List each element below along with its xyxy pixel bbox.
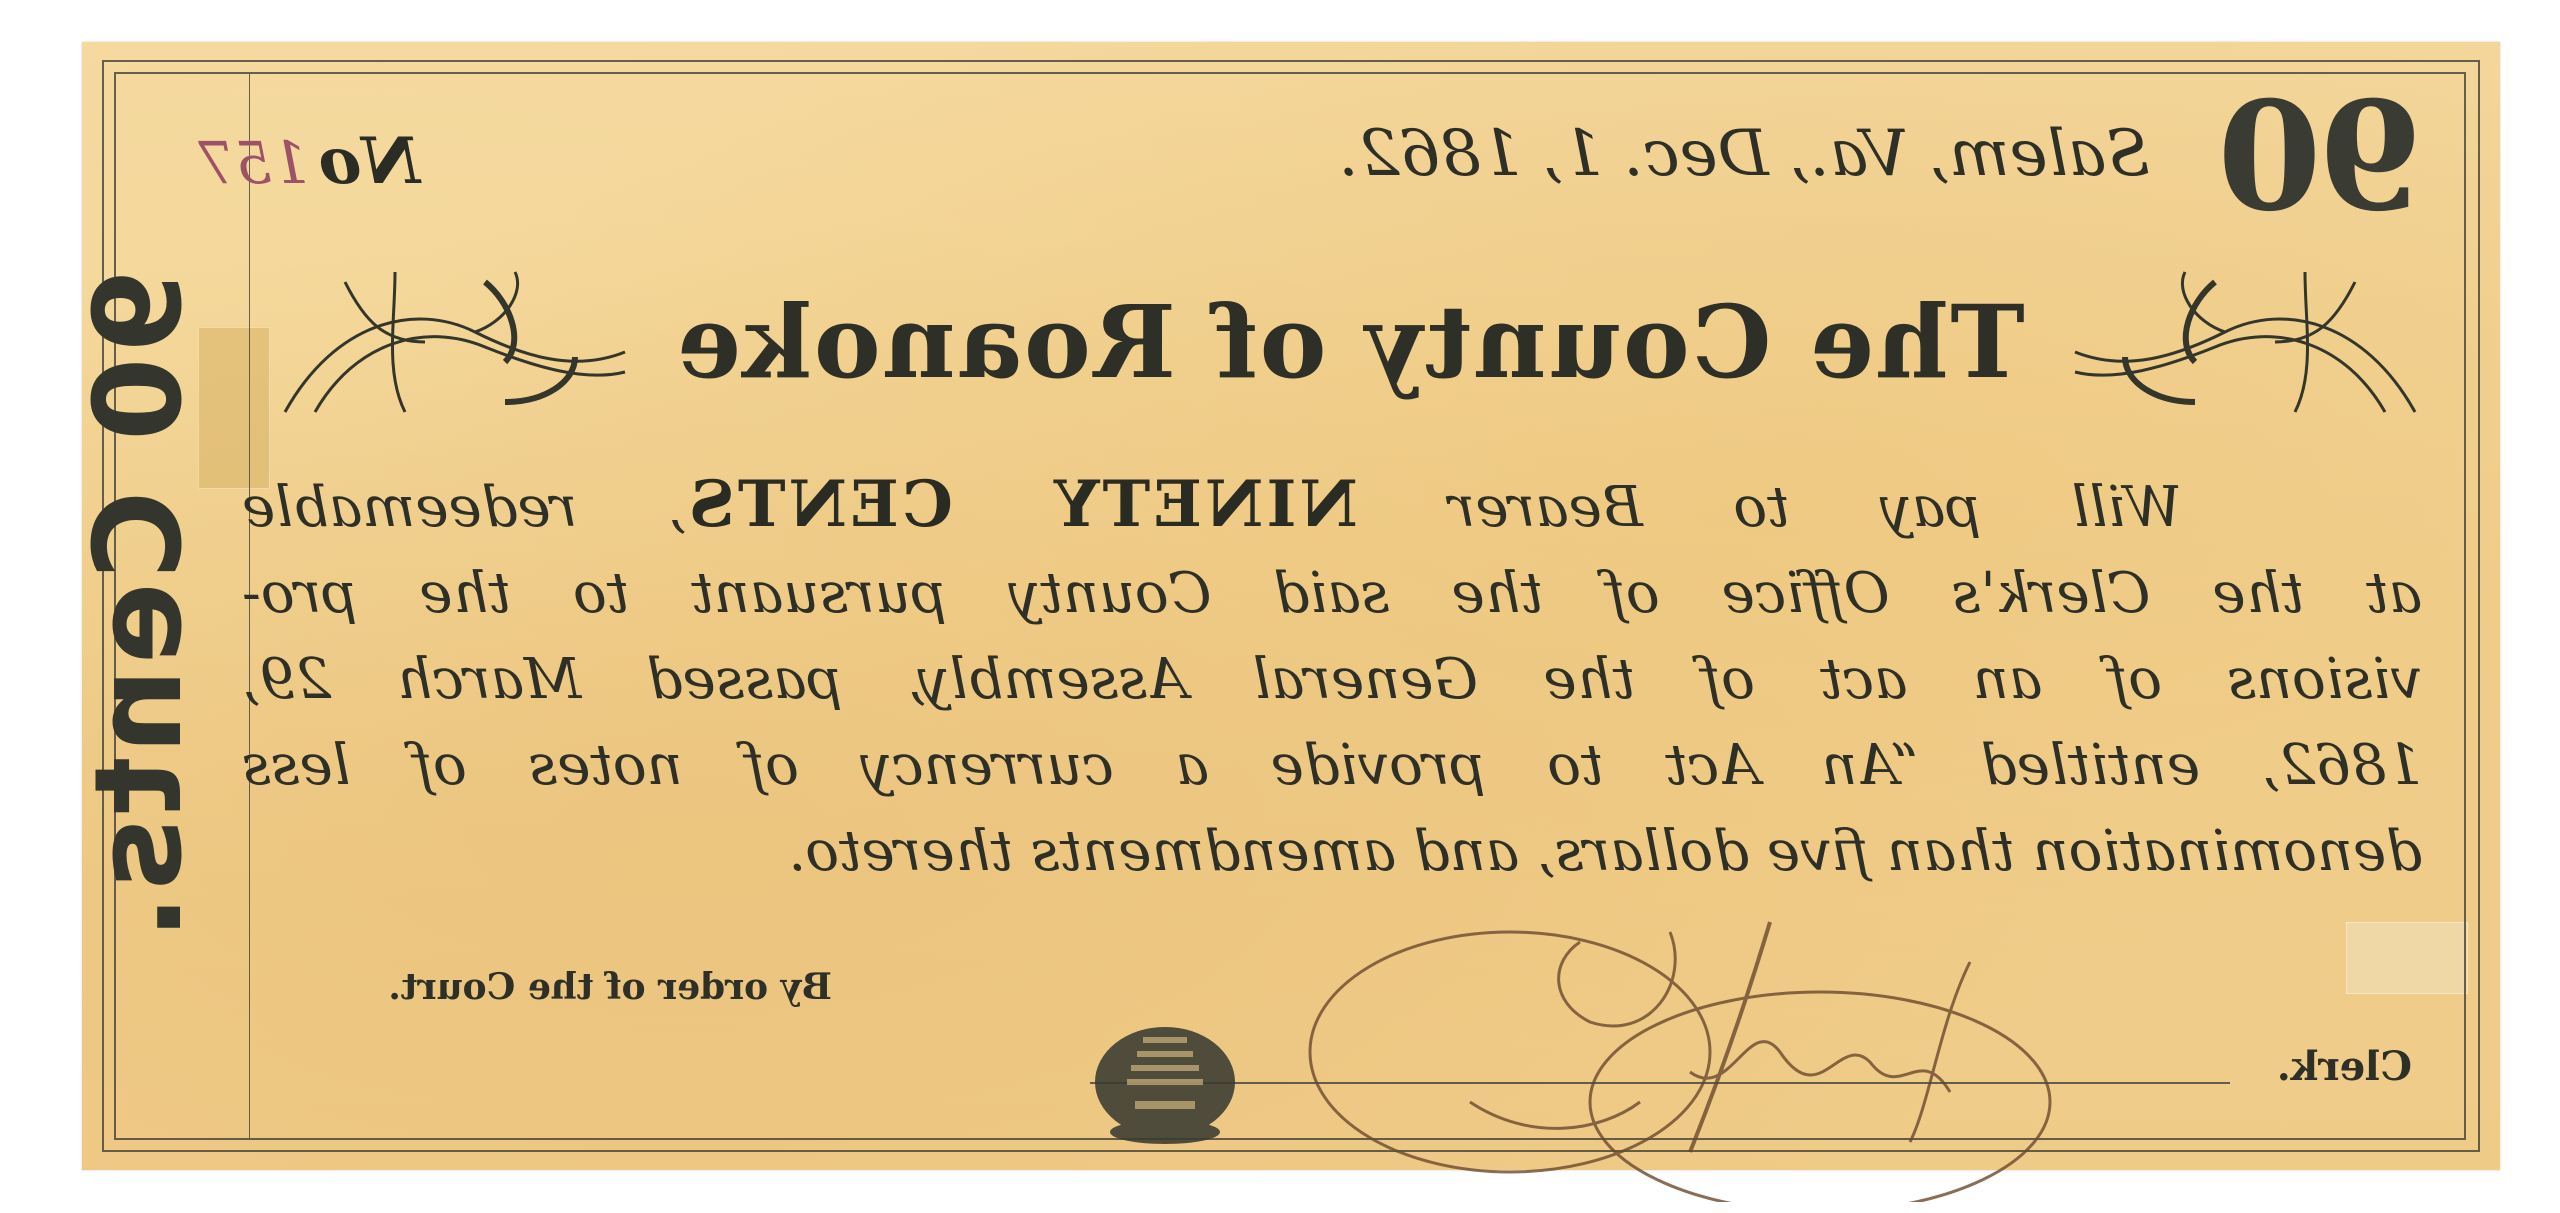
body-line-2: at the Clerk's Office of the said County… <box>242 551 2422 637</box>
serial-prefix: No <box>319 124 420 199</box>
body-line-1-before: Will pay to Bearer <box>1358 475 2182 540</box>
title-row: The County of Roanoke <box>260 242 2440 442</box>
place-date: Salem, Va., Dec. 1, 1862. <box>1050 114 2150 194</box>
side-denomination: 90 Cents. <box>80 270 200 944</box>
authority-line: By order of the Court. <box>388 962 832 1012</box>
right-flourish-icon <box>275 262 635 422</box>
clerk-signature <box>1170 902 2070 1202</box>
serial-value: 157 <box>198 129 309 197</box>
note-body: Will pay to Bearer NINETY CENTS, redeema… <box>242 462 2422 895</box>
serial-number: No157 <box>198 122 420 203</box>
signature-line <box>1090 1082 2230 1084</box>
amount-in-words: NINETY CENTS <box>686 467 1358 542</box>
side-denomination-panel: 90 Cents. <box>80 102 200 1112</box>
body-line-4: 1862, entitled “An Act to provide a curr… <box>242 723 2422 809</box>
left-flourish-icon <box>2065 262 2425 422</box>
beehive-vignette-icon <box>1085 1007 1245 1147</box>
body-line-1-after: , redeemable <box>242 475 686 540</box>
clerk-label: Clerk. <box>2277 1042 2412 1092</box>
note-title: The County of Roanoke <box>675 282 2025 402</box>
paper-note: 90 Salem, Va., Dec. 1, 1862. No157 The C… <box>82 42 2500 1170</box>
body-line-5: denomination than five dollars, and amen… <box>242 809 2422 895</box>
body-line-1: Will pay to Bearer NINETY CENTS, redeema… <box>242 462 2422 551</box>
banknote-scan: 90 Salem, Va., Dec. 1, 1862. No157 The C… <box>0 0 2560 1213</box>
denomination-numeral: 90 <box>2221 82 2422 232</box>
body-line-3: visions of an act of the General Assembl… <box>242 637 2422 723</box>
